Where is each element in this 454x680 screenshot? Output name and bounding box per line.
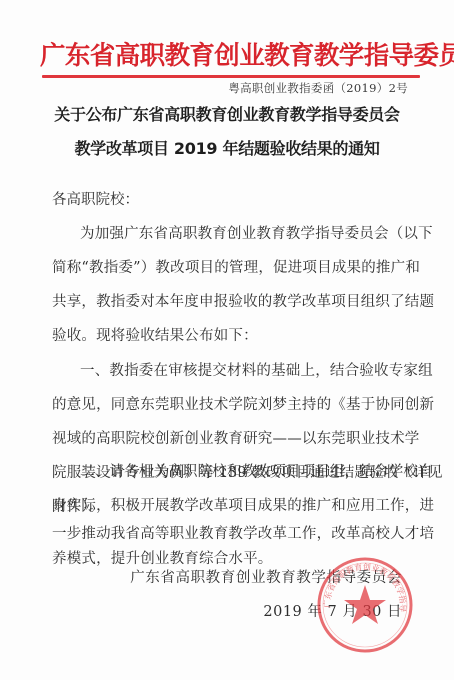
signature-date: 2019 年 7 月 30 日 — [263, 600, 402, 621]
signature-organization: 广东省高职教育创业教育教学指导委员会 — [130, 566, 402, 587]
document-page: 广东省高职教育创业教育教学指导委员会 粤高职创业教指委函（2019）2号 关于公… — [0, 0, 454, 680]
body-line: 简称“教指委”）教改项目的管理，促进项目成果的推广和 — [52, 256, 406, 277]
body-line: 验收。现将验收结果公布如下： — [52, 324, 406, 345]
body-line: 为加强广东省高职教育创业教育教学指导委员会（以下 — [80, 222, 406, 243]
salutation: 各高职院校： — [52, 188, 139, 209]
body-line: 二、请各相关高职院校和教改项目项目组，结合学校自 — [80, 460, 406, 481]
body-line: 一步推动我省高等职业教育教学改革工作，改革高校人才培 — [52, 522, 406, 543]
body-line: 身实际，积极开展教学改革项目成果的推广和应用工作，进 — [52, 494, 406, 515]
notice-title-line-1: 关于公布广东省高职教育创业教育教学指导委员会 — [0, 102, 454, 125]
body-line: 养模式，提升创业教育综合水平。 — [52, 547, 406, 568]
org-letterhead: 广东省高职教育创业教育教学指导委员会 — [40, 40, 422, 72]
body-line: 的意见，同意东莞职业技术学院刘梦主持的《基于协同创新 — [52, 393, 406, 414]
body-line: 共享，教指委对本年度申报验收的教学改革项目组织了结题 — [52, 290, 406, 311]
notice-title-line-2: 教学改革项目 2019 年结题验收结果的通知 — [0, 136, 454, 159]
letterhead-red-rule — [42, 75, 420, 78]
body-line: 一、教指委在审核提交材料的基础上，结合验收专家组 — [80, 359, 406, 380]
document-number: 粤高职创业教指委函（2019）2号 — [228, 80, 408, 96]
body-line: 视域的高职院校创新创业教育研究——以东莞职业技术学 — [52, 427, 406, 448]
